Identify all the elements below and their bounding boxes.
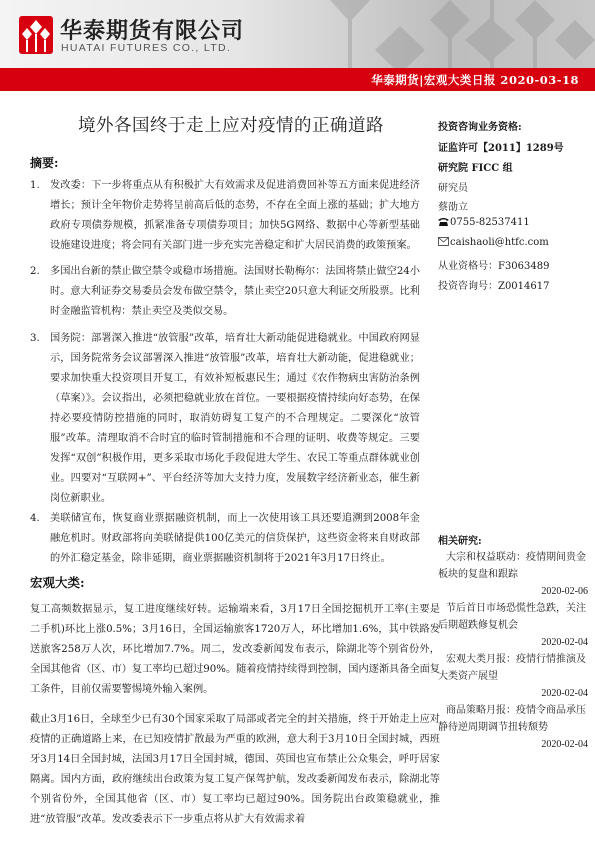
phone-row: 0755-82537411 xyxy=(438,217,530,228)
item-text: 多国出台新的禁止做空禁令或稳市场措施。法国财长勒梅尔：法国将禁止做空24小时。意… xyxy=(50,266,420,317)
related-item-title[interactable]: 商品策略月报：疫情令商品承压 静待逆周期调节扭转颓势 xyxy=(438,702,588,736)
company-name-en: HUATAI FUTURES CO., LTD. xyxy=(61,42,231,54)
related-research: 相关研究: 大宗和权益联动：疫情期间贵金板块的复盘和跟踪 2020-02-06 … xyxy=(438,534,588,753)
analyst-role: 研究员 xyxy=(438,179,468,194)
report-banner: 华泰期货|宏观大类日报 2020-03-18 xyxy=(0,68,595,91)
advisory-number: 投资咨询号：Z0014617 xyxy=(438,277,549,292)
macro-paragraph: 复工高频数据显示，复工进度继续好转。运输端来看，3月17日全国挖掘机开工率(主要… xyxy=(30,600,440,700)
item-text: 国务院：部署深入推进“放管服”改革，培育壮大新动能促进稳就业。中国政府网显示，国… xyxy=(50,333,420,504)
item-number: 3. xyxy=(30,329,40,349)
mail-icon xyxy=(438,237,449,246)
phone-number: 0755-82537411 xyxy=(450,217,530,228)
license-number: 证监许可【2011】1289号 xyxy=(438,139,564,154)
phone-icon xyxy=(438,217,449,226)
related-item-date: 2020-02-04 xyxy=(438,634,588,651)
summary-list: 1. 发改委：下一步将重点从有积极扩大有效需求及促进消费回补等五方面来促进经济增… xyxy=(30,176,420,569)
summary-label: 摘要: xyxy=(30,154,58,171)
related-item-title[interactable]: 大宗和权益联动：疫情期间贵金板块的复盘和跟踪 xyxy=(438,549,588,583)
company-name-cn: 华泰期货有限公司 xyxy=(60,14,244,45)
summary-item: 4. 美联储宣布，恢复商业票据融资机制，而上一次使用该工具还要追溯到2008年金… xyxy=(30,509,420,569)
related-item-title[interactable]: 节后首日市场恐慌性急跌，关注后期超跌修复机会 xyxy=(438,600,588,634)
related-item-title[interactable]: 宏观大类月报：疫情行情推演及大类资产展望 xyxy=(438,651,588,685)
item-text: 美联储宣布，恢复商业票据融资机制，而上一次使用该工具还要追溯到2008年金融危机… xyxy=(50,513,420,564)
related-item-date: 2020-02-04 xyxy=(438,685,588,702)
practice-number: 从业资格号：F3063489 xyxy=(438,257,549,272)
macro-paragraph: 截止3月16日，全球至少已有30个国家采取了局部或者完全的封关措施，终于开始走上… xyxy=(30,710,440,830)
summary-item: 2. 多国出台新的禁止做空禁令或稳市场措施。法国财长勒梅尔：法国将禁止做空24小… xyxy=(30,262,420,329)
email-address[interactable]: caishaoli@htfc.com xyxy=(450,237,549,248)
item-number: 1. xyxy=(30,176,40,196)
item-number: 2. xyxy=(30,262,40,282)
related-label: 相关研究: xyxy=(438,534,588,549)
report-header: 华泰期货有限公司 HUATAI FUTURES CO., LTD. xyxy=(0,0,595,68)
report-line: 华泰期货|宏观大类日报 2020-03-18 xyxy=(371,72,579,88)
research-group: 研究院 FICC 组 xyxy=(438,159,513,174)
email-row: caishaoli@htfc.com xyxy=(438,237,549,248)
analyst-name: 蔡劭立 xyxy=(438,198,468,213)
related-item-date: 2020-02-06 xyxy=(438,583,588,600)
huatai-logo-icon xyxy=(19,16,53,54)
item-text: 发改委：下一步将重点从有积极扩大有效需求及促进消费回补等五方面来促进经济增长；预… xyxy=(50,180,420,251)
header-decoration-icon xyxy=(330,0,595,68)
summary-item: 3. 国务院：部署深入推进“放管服”改革，培育壮大新动能促进稳就业。中国政府网显… xyxy=(30,329,420,509)
qualification-label: 投资咨询业务资格: xyxy=(438,118,522,133)
item-number: 4. xyxy=(30,509,40,529)
page-title: 境外各国终于走上应对疫情的正确道路 xyxy=(78,112,384,137)
macro-label: 宏观大类: xyxy=(30,573,85,591)
related-item-date: 2020-02-04 xyxy=(438,736,588,753)
summary-item: 1. 发改委：下一步将重点从有积极扩大有效需求及促进消费回补等五方面来促进经济增… xyxy=(30,176,420,262)
